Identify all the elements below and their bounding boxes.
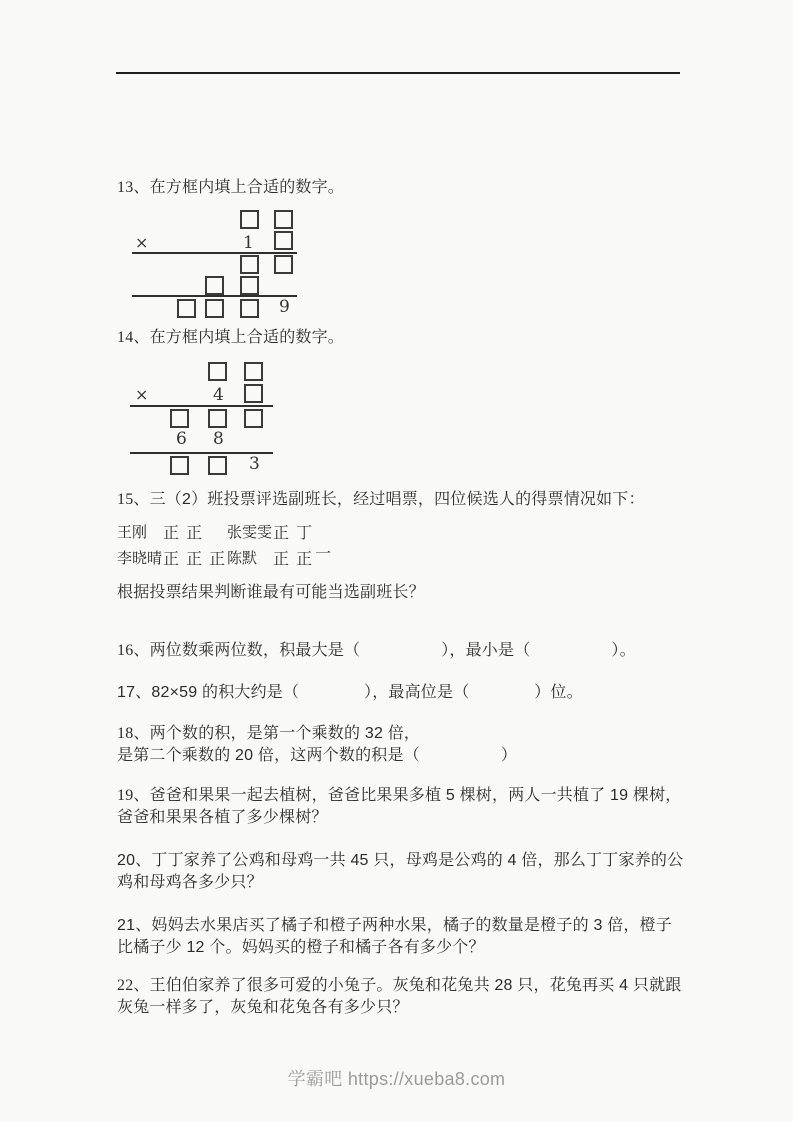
candidate-name: 王刚 bbox=[117, 521, 163, 542]
question-line: 18、两个数的积，是第一个乘数的 32 倍， bbox=[117, 723, 689, 745]
question-number: 19、 bbox=[117, 787, 150, 804]
rule-line bbox=[132, 252, 297, 254]
question-number: 13、 bbox=[117, 179, 150, 196]
question-line: 21、妈妈去水果店买了橘子和橙子两种水果，橘子的数量是橙子的 3 倍，橙子 bbox=[117, 915, 689, 937]
question-number: 17、 bbox=[117, 684, 151, 701]
blank-box bbox=[170, 409, 189, 428]
blank-box bbox=[208, 409, 227, 428]
site-name: 学霸吧 bbox=[288, 1069, 343, 1089]
blank-box bbox=[240, 276, 259, 295]
candidate-name: 李晓晴 bbox=[117, 547, 163, 568]
blank-box bbox=[244, 362, 263, 381]
tally-marks: 正 正一 bbox=[273, 546, 363, 569]
tally-marks: 正 正 正 bbox=[163, 546, 227, 569]
question-line: 是第二个乘数的 20 倍，这两个数的积是（ ） bbox=[117, 745, 689, 767]
blank-box bbox=[177, 299, 196, 318]
question-20: 20、丁丁家养了公鸡和母鸡一共 45 只，母鸡是公鸡的 4 倍，那么丁丁家养的公… bbox=[117, 850, 689, 894]
question-number: 21、 bbox=[117, 917, 151, 934]
header-divider bbox=[116, 72, 680, 74]
multiplier-tens-digit: 1 bbox=[243, 234, 254, 252]
question-line: 鸡和母鸡各多少只？ bbox=[117, 872, 689, 894]
question-15: 15、三（2）班投票评选副班长，经过唱票，四位候选人的得票情况如下： bbox=[117, 489, 689, 511]
tally-marks: 正 正 bbox=[163, 520, 227, 543]
partial-product-digit: 6 bbox=[176, 430, 187, 448]
product-ones-digit: 3 bbox=[249, 455, 260, 473]
worksheet-page: 13、在方框内填上合适的数字。 × 1 9 14、在方框内填上合适的数字。 × … bbox=[0, 0, 793, 1122]
blank-box bbox=[208, 362, 227, 381]
question-18: 18、两个数的积，是第一个乘数的 32 倍， 是第二个乘数的 20 倍，这两个数… bbox=[117, 723, 689, 767]
site-url: https://xueba8.com bbox=[348, 1069, 506, 1089]
question-16: 16、两位数乘两位数，积最大是（ ），最小是（ ）。 bbox=[117, 640, 689, 662]
question-text: 在方框内填上合适的数字。 bbox=[150, 179, 344, 196]
question-number: 20、 bbox=[117, 852, 151, 869]
blank-box bbox=[274, 231, 293, 250]
question-15-followup: 根据投票结果判断谁最有可能当选副班长？ bbox=[117, 582, 689, 604]
candidate-name: 张雯雯 bbox=[227, 521, 273, 542]
multiply-sign: × bbox=[135, 234, 148, 252]
blank-box bbox=[205, 299, 224, 318]
question-line: 19、爸爸和果果一起去植树，爸爸比果果多植 5 棵树，两人一共植了 19 棵树， bbox=[117, 785, 689, 807]
question-text: 在方框内填上合适的数字。 bbox=[150, 329, 344, 346]
rule-line bbox=[130, 405, 273, 407]
blank-box bbox=[274, 255, 293, 274]
question-17: 17、82×59 的积大约是（ ），最高位是（ ）位。 bbox=[117, 682, 689, 704]
question-number: 16、 bbox=[117, 642, 150, 659]
candidate-name: 陈默 bbox=[227, 547, 273, 568]
blank-box bbox=[208, 456, 227, 475]
partial-product-digit: 8 bbox=[213, 430, 224, 448]
rule-line bbox=[132, 295, 297, 297]
question-number: 18、 bbox=[117, 725, 150, 742]
blank-box bbox=[240, 255, 259, 274]
question-text: 两位数乘两位数，积最大是（ ），最小是（ ）。 bbox=[150, 642, 636, 659]
question-21: 21、妈妈去水果店买了橘子和橙子两种水果，橘子的数量是橙子的 3 倍，橙子 比橘… bbox=[117, 915, 689, 959]
question-text: 三（2）班投票评选副班长，经过唱票，四位候选人的得票情况如下： bbox=[150, 491, 645, 508]
blank-box bbox=[240, 210, 259, 229]
blank-box bbox=[274, 210, 293, 229]
question-number: 22、 bbox=[117, 977, 150, 994]
blank-box bbox=[244, 409, 263, 428]
multiplier-tens-digit: 4 bbox=[213, 386, 224, 404]
question-line: 灰兔一样多了，灰兔和花兔各有多少只？ bbox=[117, 997, 689, 1019]
blank-box bbox=[244, 384, 263, 403]
site-footer: 学霸吧 https://xueba8.com bbox=[0, 1065, 793, 1091]
blank-box bbox=[205, 276, 224, 295]
question-line: 比橘子少 12 个。妈妈买的橙子和橘子各有多少个？ bbox=[117, 937, 689, 959]
question-number: 14、 bbox=[117, 329, 150, 346]
tally-marks: 正 丁 bbox=[273, 520, 363, 543]
question-number: 15、 bbox=[117, 491, 150, 508]
product-ones-digit: 9 bbox=[279, 298, 290, 316]
question-14: 14、在方框内填上合适的数字。 bbox=[117, 327, 689, 349]
multiply-sign: × bbox=[135, 386, 148, 404]
vote-tally-table: 王刚 正 正 张雯雯 正 丁 李晓晴 正 正 正 陈默 正 正一 bbox=[117, 518, 363, 570]
blank-box bbox=[170, 456, 189, 475]
question-22: 22、王伯伯家养了很多可爱的小兔子。灰兔和花兔共 28 只，花兔再买 4 只就跟… bbox=[117, 975, 689, 1019]
question-19: 19、爸爸和果果一起去植树，爸爸比果果多植 5 棵树，两人一共植了 19 棵树，… bbox=[117, 785, 689, 829]
question-13: 13、在方框内填上合适的数字。 bbox=[117, 177, 689, 199]
question-line: 爸爸和果果各植了多少棵树？ bbox=[117, 807, 689, 829]
blank-box bbox=[240, 299, 259, 318]
question-line: 20、丁丁家养了公鸡和母鸡一共 45 只，母鸡是公鸡的 4 倍，那么丁丁家养的公 bbox=[117, 850, 689, 872]
question-text: 82×59 的积大约是（ ），最高位是（ ）位。 bbox=[151, 684, 582, 701]
question-line: 22、王伯伯家养了很多可爱的小兔子。灰兔和花兔共 28 只，花兔再买 4 只就跟 bbox=[117, 975, 689, 997]
